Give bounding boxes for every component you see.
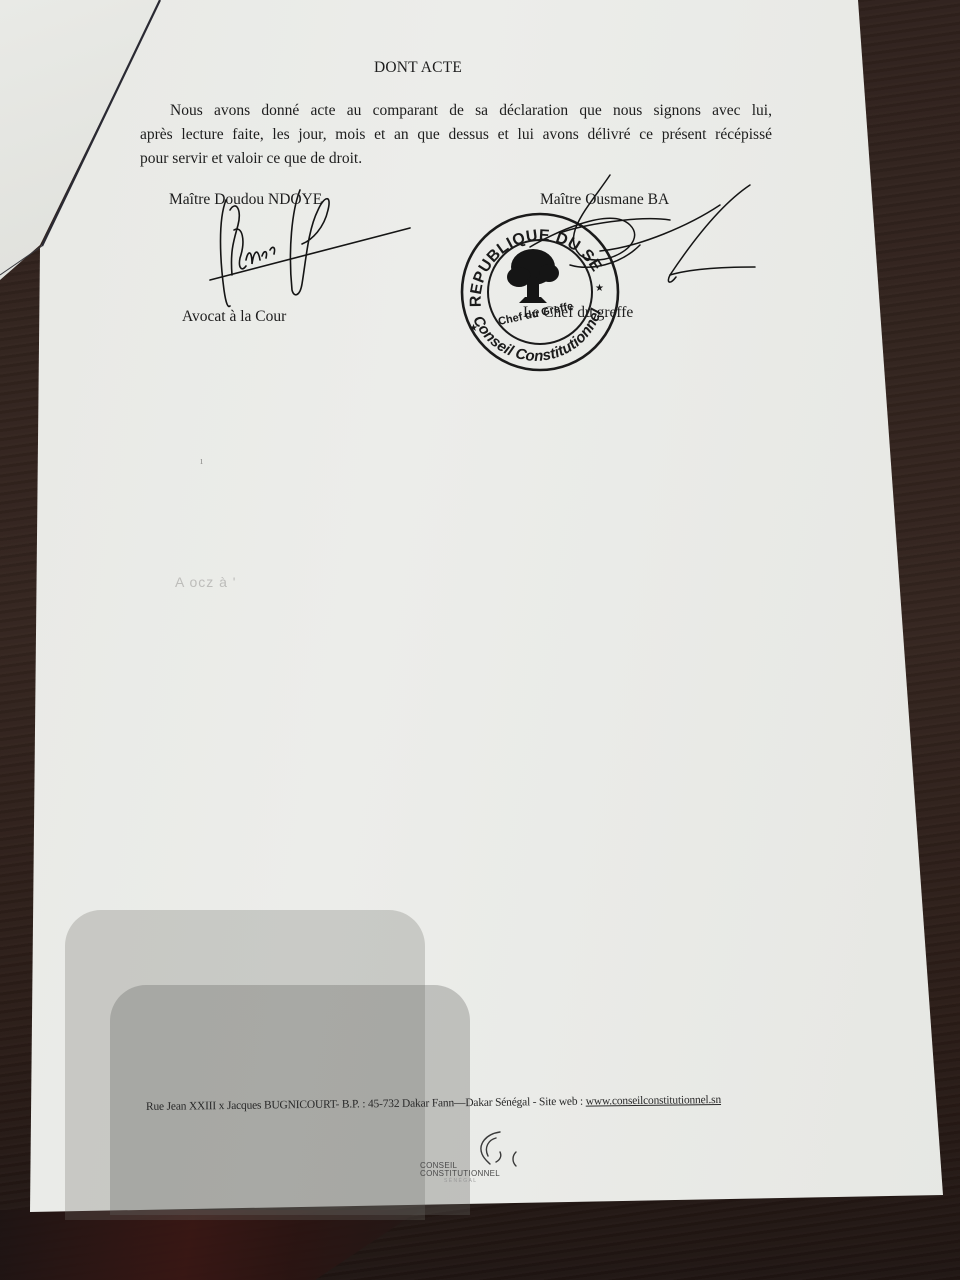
footer-address-text: Rue Jean XXIII x Jacques BUGNICOURT- B.P… <box>146 1096 586 1113</box>
footer-website-link[interactable]: www.conseilconstitutionnel.sn <box>586 1094 721 1108</box>
paragraph-line: après lecture faite, les jour, mois et a… <box>140 123 772 147</box>
left-signature-icon <box>190 180 430 320</box>
svg-text:★: ★ <box>469 323 478 334</box>
document-content: DONT ACTE Nous avons donné acte au compa… <box>0 0 960 1280</box>
logo-line-2: CONSTITUTIONNEL <box>420 1169 500 1178</box>
bleed-through-text: A ocz à ' <box>175 574 236 590</box>
paragraph-line: Nous avons donné acte au comparant de sa… <box>140 99 772 123</box>
conseil-constitutionnel-logo: CONSEIL CONSTITUTIONNEL SÉNÉGAL <box>416 1126 546 1186</box>
paragraph-line: pour servir et valoir ce que de droit. <box>140 147 772 171</box>
footer-address: Rue Jean XXIII x Jacques BUGNICOURT- B.P… <box>146 1094 721 1113</box>
logo-swirl-icon <box>416 1126 546 1166</box>
right-signature-icon <box>520 175 770 315</box>
document-title: DONT ACTE <box>374 59 462 77</box>
declaration-paragraph: Nous avons donné acte au comparant de sa… <box>140 99 772 171</box>
logo-line-3: SÉNÉGAL <box>444 1178 477 1184</box>
faint-mark: ı <box>200 455 203 467</box>
